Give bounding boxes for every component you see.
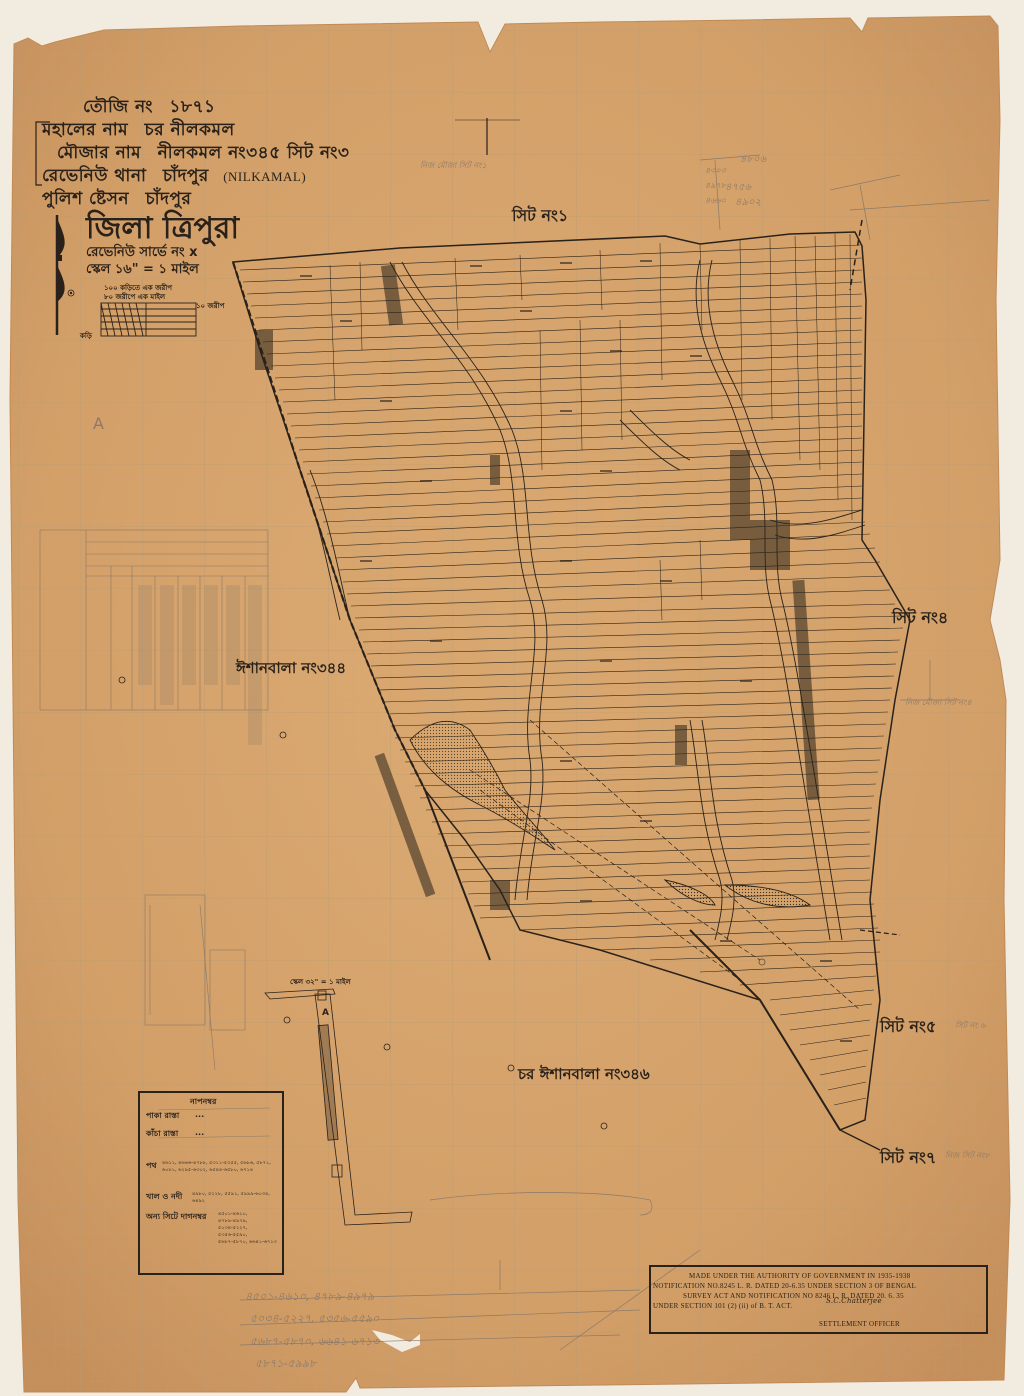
pencil-note-south: নিজ সিট নং৮ xyxy=(945,1150,990,1163)
pencil-number: ৪৯৭৮ xyxy=(705,180,726,193)
pencil-bottom-note: ৫০৩৪-৫২২৭, ৫৩৫৬-৫৫৯০ xyxy=(250,1310,379,1329)
authority-line-1: MADE UNDER THE AUTHORITY OF GOVERNMENT I… xyxy=(689,1272,910,1280)
pencil-number: ৪৯০২ xyxy=(735,195,761,212)
authority-line-4: UNDER SECTION 101 (2) (ii) of B. T. ACT. xyxy=(653,1302,792,1310)
pencil-bottom-note: ৪৫০১-৪৬১০, ৪৭৮৯-৪৯৭৯ xyxy=(245,1288,374,1307)
legend-section-label: খাল ও নদী xyxy=(146,1191,182,1204)
sheet-label-southeast: সিট নং৫ xyxy=(880,1014,936,1041)
scale-side-label: কড়ি xyxy=(80,330,92,342)
legend-title: নাপনম্বর xyxy=(190,1096,216,1109)
signatory-title: SETTLEMENT OFFICER xyxy=(819,1320,900,1328)
scale-note-2: ৮০ জরীপে এক মাইল xyxy=(104,291,165,303)
legend-box: নাপনম্বর পাকা রাস্তা ... কাঁচা রাস্তা ..… xyxy=(138,1091,284,1275)
pencil-number: ৪৬৬০ xyxy=(705,195,726,208)
legend-section-text: ৪৬১১, ৪৬৬৬-৪৭৮৮, ৫৩১১-৫৩৫৫, ৫৬৮৬, ৫৮৭১, … xyxy=(162,1160,277,1174)
pencil-note-top: নিজ মৌজা সিট নং১ xyxy=(420,160,487,173)
sheet-label-east: সিট নং৪ xyxy=(892,605,948,632)
authority-box: MADE UNDER THE AUTHORITY OF GOVERNMENT I… xyxy=(649,1265,988,1334)
map-sheet: তৌজি নং ১৮৭১ মহালের নাম চর নীলকমল মৌজার … xyxy=(0,0,1024,1396)
revenue-thana-english: (NILKAMAL) xyxy=(223,169,306,184)
pencil-number: ৪৮০৬ xyxy=(740,152,766,169)
legend-row-value: ... xyxy=(195,1110,204,1119)
legend-section-label: অন্য সিটে দাগনম্বর xyxy=(146,1211,206,1224)
inset-scale: স্কেল ৩২" = ১ মাইল xyxy=(290,976,351,988)
legend-row-label: কাঁচা রাস্তা xyxy=(146,1128,178,1141)
pencil-note-southeast: সিট নং ৬ xyxy=(955,1020,985,1033)
legend-section-text: ৪৫০১-৪৬১০, ৪৭৮৯-৪৯৭৯, ৫০৩৪-৫২২৭, ৫৩৫৬-৫৫… xyxy=(218,1211,278,1246)
legend-section-text: ৪৯৮০, ৫২২৮, ৫৫৯১, ৫৯৯৯-৬০৩৪, ৬৪৯২ xyxy=(192,1191,278,1205)
pencil-bottom-note: ৫৬৮৭-৫৮৭০, ৬৬৪১-৬৭১৩ xyxy=(250,1333,379,1352)
map-scale: স্কেল ১৬" = ১ মাইল xyxy=(86,260,199,281)
pencil-bottom-note: ৫৮৭১-৫৯৯৮ xyxy=(255,1355,316,1374)
signature: S.C.Chatterjee xyxy=(826,1297,882,1305)
village-label-west: ঈশানবালা নং৩৪৪ xyxy=(236,657,346,682)
pencil-marker-a: A xyxy=(93,414,104,433)
pencil-number: ৪৩০৩ xyxy=(705,165,726,178)
scale-end-label: ১০ জরীপ xyxy=(196,300,224,312)
legend-row-value: ... xyxy=(195,1128,204,1137)
authority-line-2: NOTIFICATION NO.8245 L. R. DATED 20-6.35… xyxy=(653,1282,916,1290)
pencil-note-east: নিজ মৌজা সিট নং৪ xyxy=(905,697,972,710)
village-label-south: চর ঈশানবালা নং৩৪৬ xyxy=(518,1063,650,1088)
legend-section-label: পথ xyxy=(146,1160,157,1173)
sheet-label-south: সিট নং৭ xyxy=(880,1145,936,1172)
sheet-label-north: সিট নং১ xyxy=(512,203,568,230)
inset-marker: A xyxy=(322,1008,329,1018)
legend-row-label: পাকা রাস্তা xyxy=(146,1110,179,1123)
